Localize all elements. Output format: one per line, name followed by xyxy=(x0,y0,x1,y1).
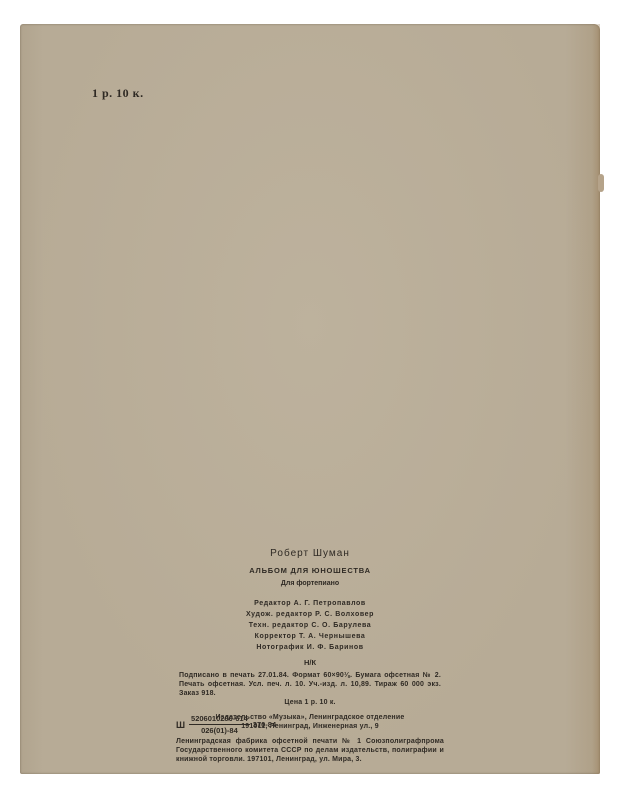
spine-edge xyxy=(592,24,600,774)
credit-editor: Редактор А. Г. Петропавлов xyxy=(160,600,460,611)
code-numerator: 5206010200-614 xyxy=(189,714,250,725)
edge-tear xyxy=(598,174,604,192)
credit-notographer: Нотографик И. Ф. Баринов xyxy=(160,644,460,655)
book-title: АЛЬБОМ ДЛЯ ЮНОШЕСТВА xyxy=(160,566,460,580)
hk-mark: Н/К xyxy=(160,658,460,671)
code-suffix: 370-84 xyxy=(253,720,276,729)
credits-list: Редактор А. Г. Петропавлов Худож. редакт… xyxy=(160,600,460,655)
printer-info: Ленинградская фабрика офсетной печати № … xyxy=(176,737,444,764)
print-details-text: Подписано в печать 27.01.84. Формат 60×9… xyxy=(179,672,441,697)
credit-tech-editor: Техн. редактор С. О. Барулева xyxy=(160,622,460,633)
credit-art-editor: Худож. редактор Р. С. Волховер xyxy=(160,611,460,622)
code-denominator: 026(01)-84 xyxy=(201,725,238,735)
book-subtitle: Для фортепиано xyxy=(160,580,460,592)
price-line: Цена 1 р. 10 к. xyxy=(179,698,441,707)
print-details: Подписано в печать 27.01.84. Формат 60×9… xyxy=(179,671,441,707)
code-prefix: Ш xyxy=(176,720,185,730)
catalog-code: Ш 5206010200-614 026(01)-84 370-84 xyxy=(176,714,276,735)
book-back-cover: 1 р. 10 к. Роберт Шуман АЛЬБОМ ДЛЯ ЮНОШЕ… xyxy=(20,24,600,774)
corner-price: 1 р. 10 к. xyxy=(92,86,144,101)
credit-proofreader: Корректор Т. А. Чернышева xyxy=(160,633,460,644)
author: Роберт Шуман xyxy=(160,548,460,562)
code-fraction: 5206010200-614 026(01)-84 xyxy=(189,714,250,735)
